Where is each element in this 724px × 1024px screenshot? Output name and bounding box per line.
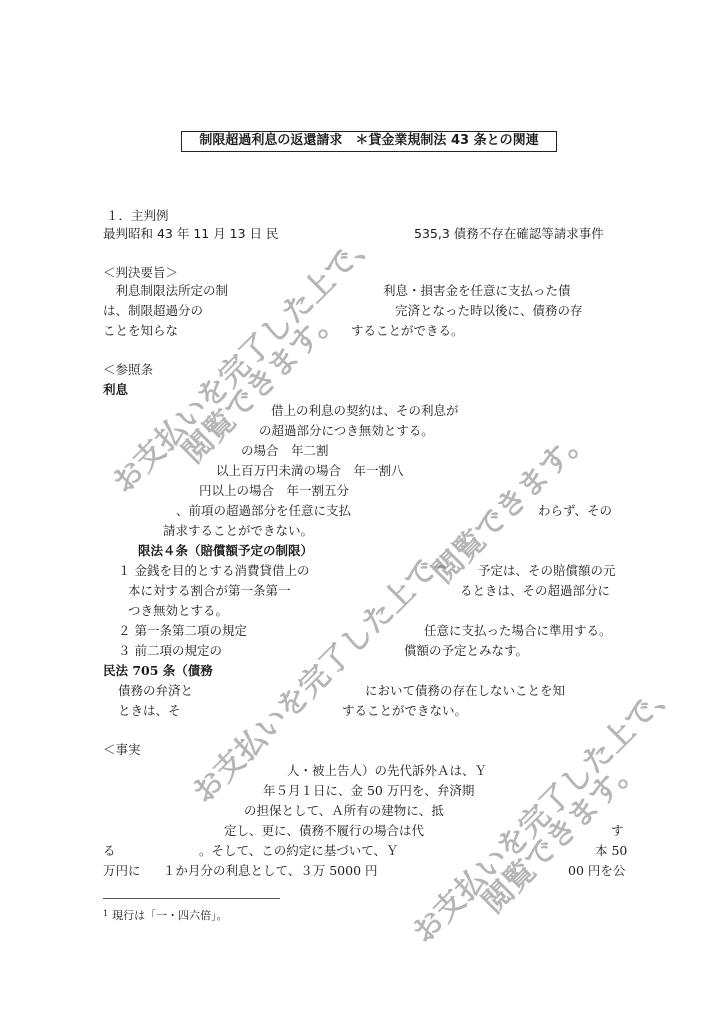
footnote-divider <box>103 898 280 899</box>
law1-line-6-right: わらず、その <box>538 503 612 519</box>
law1-line-5: 円以上の場合 年一割五分 <box>199 483 349 499</box>
footnote-text: 現行は「一・四六倍」。 <box>112 909 228 922</box>
facts-line-3: の担保として、Ａ所有の建物に、抵 <box>244 803 444 819</box>
document-page: 制限超過利息の返還請求 ＊貸金業規制法 43 条との関連 １．主判例 最判昭和 … <box>0 0 724 1024</box>
law3-line-1-right: において債務の存在しないことを知 <box>365 683 565 699</box>
law1-line-2: の超過部分につき無効とする。 <box>259 423 434 439</box>
summary-line-1-right: 利息・損害金を任意に支払った債 <box>383 283 571 299</box>
law3-heading: 民法 705 条（債務 <box>103 663 213 679</box>
law1-line-7: 請求することができない。 <box>163 523 313 539</box>
law1-line-3: の場合 年二割 <box>241 443 329 459</box>
case-citation-left: 最判昭和 43 年 11 月 13 日 民 <box>103 226 279 242</box>
summary-line-3-right: することができる。 <box>351 323 464 339</box>
facts-heading: ＜事実 <box>103 742 141 758</box>
law2-heading: 限法４条（賠償額予定の制限） <box>138 543 313 559</box>
summary-line-1-left: 利息制限法所定の制 <box>103 283 228 299</box>
summary-line-2-left: は、制限超過分の <box>103 303 203 319</box>
law2-item-4-right: 任意に支払った場合に準用する。 <box>424 623 612 639</box>
summary-line-2-right: 完済となった時以後に、債務の存 <box>395 303 583 319</box>
footnote: 1現行は「一・四六倍」。 <box>103 907 228 923</box>
law2-item-1-right: 予定は、その賠償額の元 <box>478 563 616 579</box>
law1-line-1: 借上の利息の契約は、その利息が <box>271 403 459 419</box>
law1-line-6: 、前項の超過部分を任意に支払 <box>176 503 351 519</box>
law1-line-4: 以上百万円未満の場合 年一割八 <box>216 463 404 479</box>
facts-line-1: 人・被上告人）の先代訴外Ａは、Ｙ <box>287 763 487 779</box>
law2-item-2-left: 本に対する割合が第一条第一 <box>128 583 291 599</box>
summary-line-3-left: ことを知らな <box>103 323 178 339</box>
facts-line-5-right: 本 50 <box>595 843 627 859</box>
law3-line-2-right: することができない。 <box>342 703 467 719</box>
law2-item-4-left: ２ 第一条第二項の規定 <box>118 623 247 639</box>
references-heading: ＜参照条 <box>103 362 153 378</box>
facts-line-6-left: 万円に <box>103 863 141 879</box>
law2-item-1-left: １ 金銭を目的とする消費貸借上の <box>118 563 309 579</box>
facts-line-4-right: す <box>611 823 624 839</box>
law2-item-5-left: ３ 前二項の規定の <box>118 643 222 659</box>
facts-line-5-left: る <box>103 843 116 859</box>
document-title: 制限超過利息の返還請求 ＊貸金業規制法 43 条との関連 <box>181 131 557 152</box>
law3-line-1-left: 債務の弁済と <box>118 683 193 699</box>
law3-line-2-left: ときは、そ <box>118 703 181 719</box>
law2-item-5-right: 償額の予定とみなす。 <box>404 643 528 659</box>
case-citation-right: 535,3 債務不存在確認等請求事件 <box>414 226 604 242</box>
law2-item-3: つき無効とする。 <box>128 603 228 619</box>
facts-line-2: 年５月１日に、金 50 万円を、弁済期 <box>263 783 474 799</box>
footnote-marker: 1 <box>103 909 108 918</box>
section-heading-main-case: １．主判例 <box>106 208 169 224</box>
summary-heading: ＜判決要旨＞ <box>103 265 178 281</box>
facts-line-5-mid: 。そして、この約定に基づいて、Ｙ <box>199 843 399 859</box>
facts-line-6-right: 00 円を公 <box>568 863 625 879</box>
law2-item-2-right: るときは、その超過部分に <box>460 583 610 599</box>
law1-heading: 利息 <box>103 382 128 398</box>
facts-line-6-mid: １か月分の利息として、３万 5000 円 <box>163 863 378 879</box>
facts-line-4-mid: 定し、更に、債務不履行の場合は代 <box>224 823 424 839</box>
